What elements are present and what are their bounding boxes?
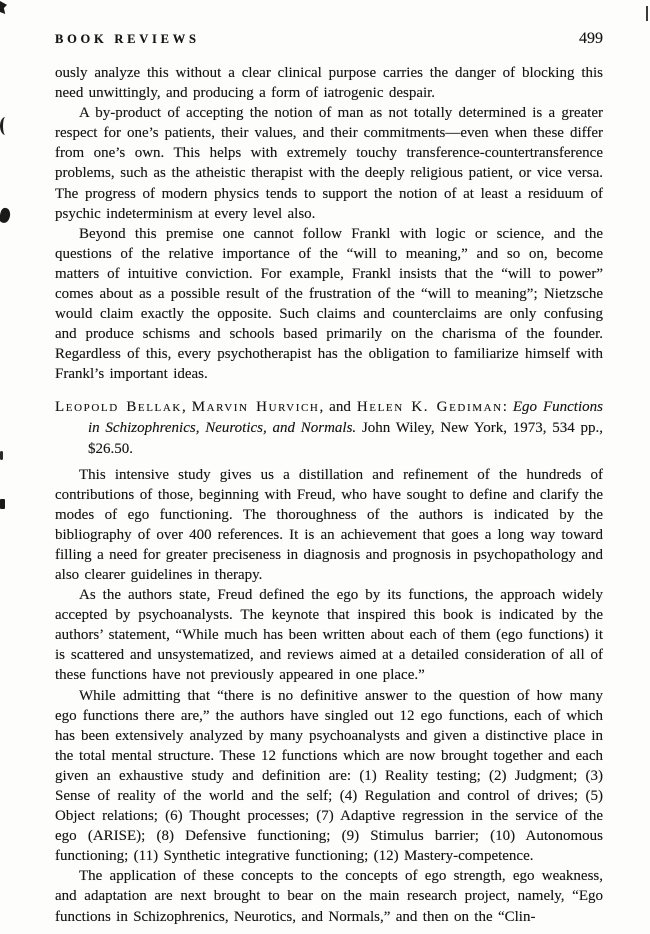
citation-separator: , and bbox=[319, 399, 356, 415]
frankl-review-paragraph-continuation: ously analyze this without a clear clini… bbox=[55, 63, 603, 103]
running-head: BOOK REVIEWS bbox=[55, 32, 200, 47]
bellak-review-paragraph: While admitting that “there is no defini… bbox=[55, 686, 603, 867]
book-citation: Leopold Bellak, Marvin Hurvich, and Hele… bbox=[55, 397, 603, 460]
page-header: BOOK REVIEWS 499 bbox=[55, 30, 603, 48]
scan-artifact bbox=[0, 451, 3, 460]
frankl-review-paragraph: Beyond this premise one cannot follow Fr… bbox=[55, 224, 603, 385]
page-number: 499 bbox=[579, 30, 603, 48]
bellak-review-paragraph: As the authors state, Freud defined the … bbox=[55, 585, 603, 685]
citation-author: Marvin Hurvich bbox=[192, 399, 320, 415]
citation-separator: , bbox=[182, 399, 192, 415]
scan-artifact bbox=[0, 499, 5, 509]
bellak-review-paragraph-partial: The application of these concepts to the… bbox=[55, 866, 603, 926]
scan-artifact bbox=[0, 117, 9, 135]
scan-artifact bbox=[0, 207, 11, 224]
citation-colon: : bbox=[503, 399, 513, 415]
frankl-review-paragraph: A by-product of accepting the notion of … bbox=[55, 103, 603, 224]
citation-author: Helen K. Gediman bbox=[357, 399, 503, 415]
scan-artifact bbox=[646, 6, 648, 21]
bellak-review-paragraph: This intensive study gives us a distilla… bbox=[55, 465, 603, 586]
scan-artifact bbox=[0, 1, 7, 14]
page-content: BOOK REVIEWS 499 ously analyze this with… bbox=[55, 30, 603, 927]
scanned-journal-page: BOOK REVIEWS 499 ously analyze this with… bbox=[0, 0, 650, 934]
citation-author: Leopold Bellak bbox=[55, 399, 182, 415]
